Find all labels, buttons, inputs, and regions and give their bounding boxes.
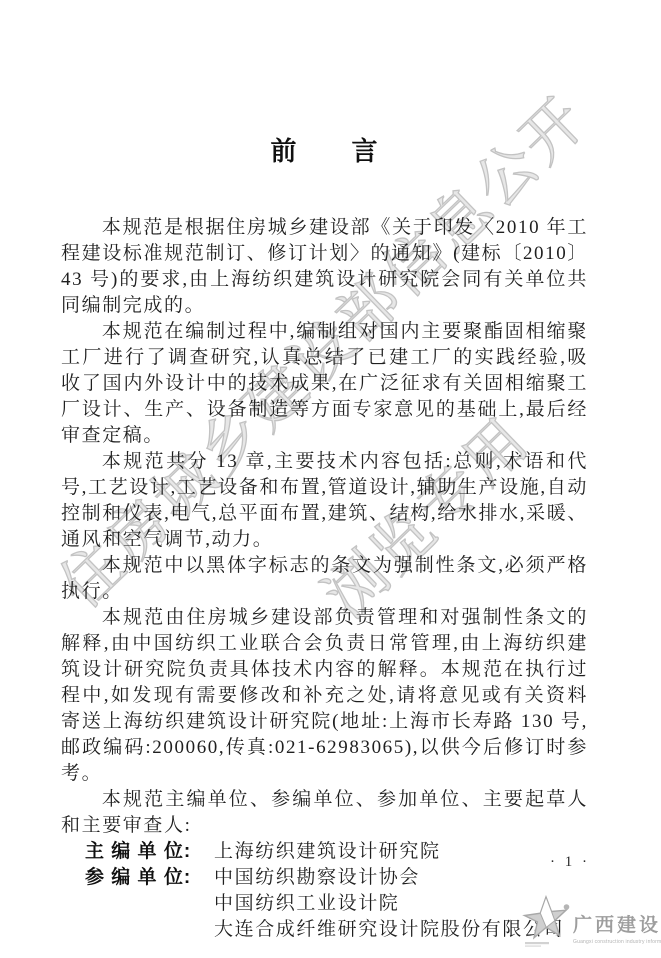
star-icon [519, 893, 571, 951]
site-logo: 广西建设网 Guangxi construction industry info… [519, 893, 661, 951]
chief-editor-label: 主 编 单 位: [85, 839, 214, 865]
paragraph: 本规范共分 13 章,主要技术内容包括:总则,术语和代号,工艺设计,工艺设备和布… [61, 449, 588, 553]
participating-editor-value: 中国纺织勘察设计协会 [214, 865, 588, 891]
paragraph: 本规范由住房城乡建设部负责管理和对强制性条文的解释,由中国纺织工业联合会负责日常… [61, 605, 588, 787]
logo-text: 广西建设网 [573, 910, 661, 937]
document-body: 本规范是根据住房城乡建设部《关于印发〈2010 年工程建设标准规范制订、修订计划… [61, 215, 588, 943]
chief-editor-row: 主 编 单 位: 上海纺织建筑设计研究院 [61, 839, 588, 865]
paragraph: 本规范主编单位、参编单位、参加单位、主要起草人和主要审查人: [61, 787, 588, 839]
page-title: 前 言 [61, 131, 588, 168]
paragraph: 本规范中以黑体字标志的条文为强制性条文,必须严格执行。 [61, 553, 588, 605]
chief-editor-value: 上海纺织建筑设计研究院 [214, 839, 588, 865]
paragraph: 本规范在编制过程中,编制组对国内主要聚酯固相缩聚工厂进行了调查研究,认真总结了已… [61, 319, 588, 449]
logo-tagline: Guangxi construction industry informatio… [573, 939, 661, 945]
participating-editors-label: 参 编 单 位: [85, 865, 214, 891]
editing-units-section: 主 编 单 位: 上海纺织建筑设计研究院 参 编 单 位: 中国纺织勘察设计协会… [61, 839, 588, 943]
paragraph: 本规范是根据住房城乡建设部《关于印发〈2010 年工程建设标准规范制订、修订计划… [61, 215, 588, 319]
participating-editors-row: 参 编 单 位: 中国纺织勘察设计协会 中国纺织工业设计院 大连合成纤维研究设计… [61, 865, 588, 943]
page-number: · 1 · [535, 854, 605, 871]
